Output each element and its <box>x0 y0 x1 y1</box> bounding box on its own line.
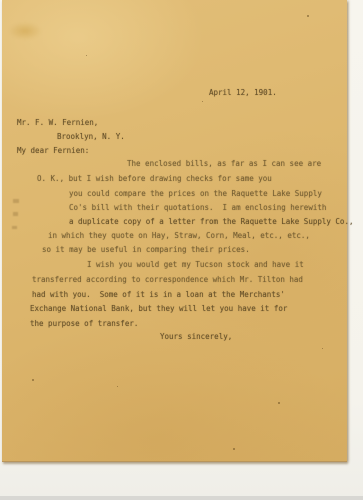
body-line: so it may be useful in comparing their p… <box>42 245 250 255</box>
body-line: the purpose of transfer. <box>30 319 138 329</box>
scanned-letter: April 12, 1901. Mr. F. W. Fernien, Brook… <box>0 0 363 500</box>
body-line: I wish you would get my Tucson stock and… <box>87 260 304 270</box>
paper-speck <box>233 448 235 450</box>
body-line: The enclosed bills, as far as I can see … <box>127 159 321 169</box>
paper-smudge <box>8 22 42 40</box>
paper-mark <box>12 226 17 229</box>
paper-speck <box>32 379 34 381</box>
body-line: transferred according to correspondence … <box>32 275 303 285</box>
body-line: a duplicate copy of a letter from the Ra… <box>69 217 353 227</box>
paper-speck <box>117 386 118 387</box>
body-line: Exchange National Bank, but they will le… <box>30 304 287 314</box>
paper-speck <box>86 55 87 56</box>
letter-page: April 12, 1901. Mr. F. W. Fernien, Brook… <box>2 0 347 462</box>
paper-mark <box>13 199 19 203</box>
body-line: Co's bill with their quotations. I am en… <box>69 203 326 213</box>
paper-speck <box>322 348 323 349</box>
closing: Yours sincerely, <box>160 332 232 342</box>
body-line: O. K., but I wish before drawing checks … <box>37 174 272 184</box>
paper-speck <box>278 402 280 404</box>
letter-date: April 12, 1901. <box>209 88 277 98</box>
body-line: had with you. Some of it is in a loan at… <box>32 290 285 300</box>
paper-speck <box>307 15 309 17</box>
body-line: you could compare the prices on the Raqu… <box>69 189 322 199</box>
body-line: in which they quote on Hay, Straw, Corn,… <box>48 231 310 241</box>
paper-speck <box>202 101 203 102</box>
paper-mark <box>13 212 18 216</box>
recipient-city: Brooklyn, N. Y. <box>57 132 125 142</box>
recipient-name: Mr. F. W. Fernien, <box>17 118 98 128</box>
scan-background-strip <box>0 496 363 500</box>
salutation: My dear Fernien: <box>17 146 89 156</box>
